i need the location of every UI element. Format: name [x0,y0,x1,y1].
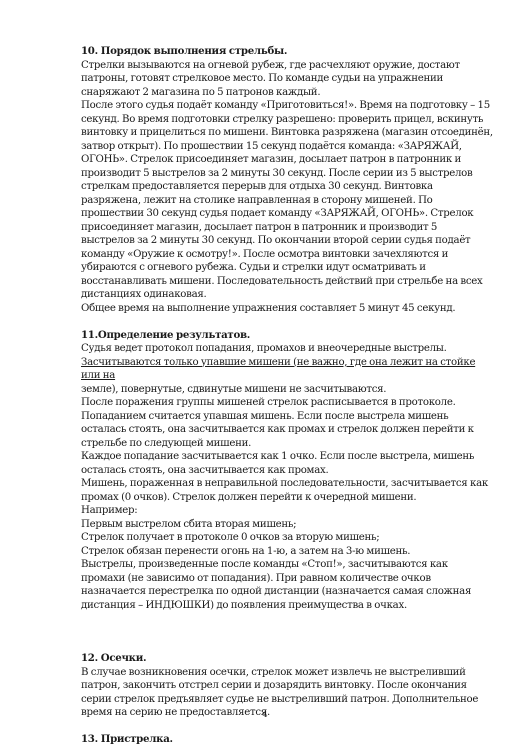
paragraph: Выстрелы, произведенные после команды «С… [81,558,493,612]
paragraph: Стрелок обязан перенести огонь на 1-ю, а… [81,545,493,559]
spacer [81,720,493,734]
section-title-13: 13. Пристрелка. [81,733,493,747]
paragraph: Первым выстрелом сбита вторая мишень; [81,518,493,532]
paragraph: земле), повернутые, сдвинутые мишени не … [81,383,493,397]
underlined-paragraph: Засчитываются только упавшие мишени (не … [81,356,493,383]
paragraph: Судья ведет протокол попадания, промахов… [81,342,493,356]
spacer [81,612,493,652]
paragraph: Стрелок получает в протоколе 0 очков за … [81,531,493,545]
paragraph: Стрелки вызываются на огневой рубеж, где… [81,59,493,100]
paragraph: Попаданием считается упавшая мишень. Есл… [81,410,493,451]
section-title-11: 11.Определение результатов. [81,329,493,343]
paragraph: Общее время на выполнение упражнения сос… [81,302,493,316]
section-title-12: 12. Осечки. [81,652,493,666]
document-page: 10. Порядок выполнения стрельбы. Стрелки… [81,45,493,747]
paragraph: Например: [81,504,493,518]
paragraph: Мишень, пораженная в неправильной послед… [81,477,493,504]
page-number: 4 [0,710,530,719]
paragraph: После этого судья подаёт команду «Пригот… [81,99,493,302]
spacer [81,315,493,329]
section-title-10: 10. Порядок выполнения стрельбы. [81,45,493,59]
paragraph: Каждое попадание засчитывается как 1 очк… [81,450,493,477]
paragraph: После поражения группы мишеней стрелок р… [81,396,493,410]
